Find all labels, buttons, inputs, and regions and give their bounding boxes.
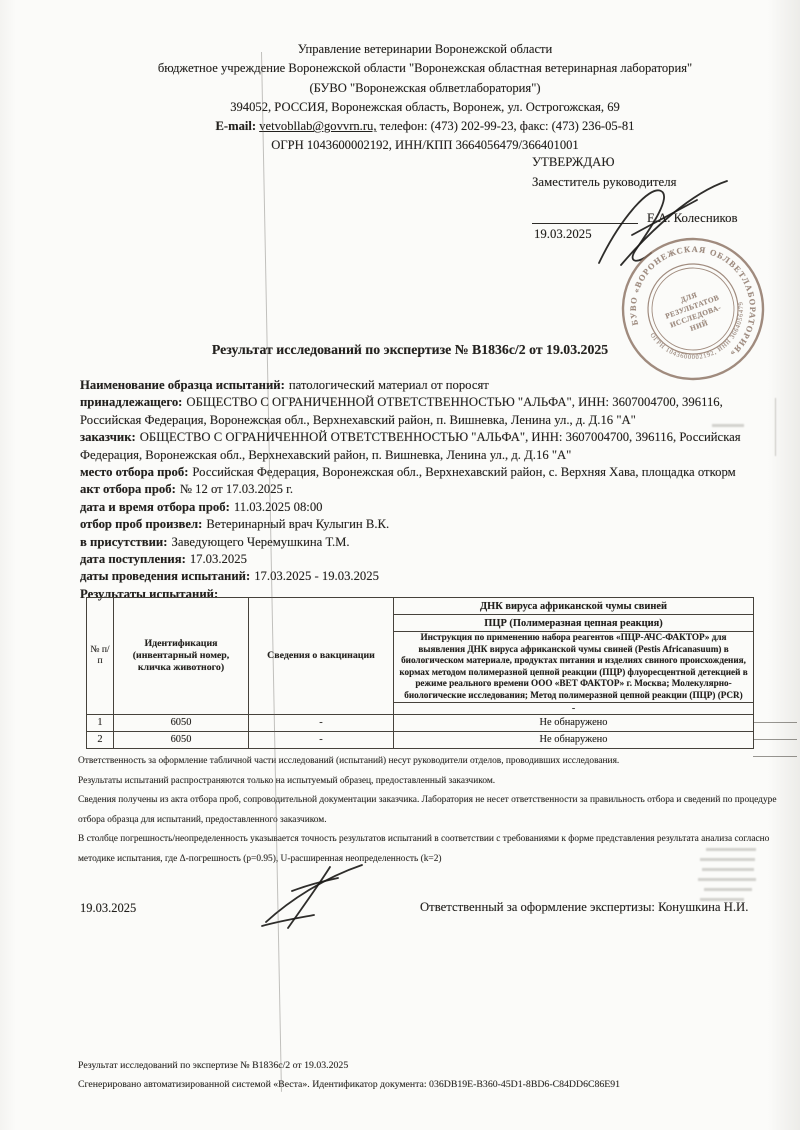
col-header-number: № п/п (87, 598, 114, 715)
results-table: № п/п Идентификация (инвентарный номер, … (86, 597, 754, 749)
responsible-signature-icon (258, 860, 376, 932)
field-sampling-place: место отбора проб:Российская Федерация, … (80, 464, 770, 481)
field-value: Ветеринарный врач Кулыгин В.К. (206, 517, 389, 531)
field-test-dates: даты проведения испытаний:17.03.2025 - 1… (80, 568, 770, 585)
org-name-line: Управление ветеринарии Воронежской облас… (45, 40, 800, 59)
col-header-method: ПЦР (Полимеразная цепная реакция) (394, 615, 754, 632)
field-sampling-act: акт отбора проб:№ 12 от 17.03.2025 г. (80, 481, 770, 498)
table-row: 1 6050 - Не обнаружено (87, 714, 754, 731)
footnote: Ответственность за оформление табличной … (78, 752, 795, 772)
field-label: Наименование образца испытаний: (80, 378, 285, 392)
row-identification: 6050 (114, 731, 249, 748)
field-value: Заведующего Черемушкина Т.М. (171, 535, 349, 549)
field-sampler: отбор проб произвел:Ветеринарный врач Ку… (80, 516, 770, 533)
field-value: 17.03.2025 (190, 552, 247, 566)
footnote: Результаты испытаний распространяются то… (78, 772, 795, 792)
scan-artifact (706, 848, 756, 851)
field-value: № 12 от 17.03.2025 г. (180, 482, 293, 496)
field-value: 17.03.2025 - 19.03.2025 (254, 569, 379, 583)
field-label: даты проведения испытаний: (80, 569, 250, 583)
org-header: Управление ветеринарии Воронежской облас… (45, 40, 800, 156)
footer-expertise-line: Результат исследований по экспертизе № В… (78, 1056, 620, 1075)
scan-artifact (698, 878, 756, 881)
col-header-analyte: ДНК вируса африканской чумы свиней (394, 598, 754, 615)
org-ogrn-line: ОГРН 1043600002192, ИНН/КПП 3664056479/3… (45, 136, 800, 155)
table-row: 2 6050 - Не обнаружено (87, 731, 754, 748)
scan-artifact (702, 868, 754, 871)
field-value: 11.03.2025 08:00 (234, 500, 323, 514)
footnotes: Ответственность за оформление табличной … (78, 752, 795, 870)
field-label: место отбора проб: (80, 465, 188, 479)
row-identification: 6050 (114, 714, 249, 731)
org-address-line: 394052, РОССИЯ, Воронежская область, Вор… (45, 98, 800, 117)
email-link: vetvobllab@govvrn.ru, (259, 119, 376, 133)
row-vaccination: - (249, 714, 394, 731)
col-header-method-detail: Инструкция по применению набора реагенто… (394, 632, 754, 703)
document-title: Результат исследований по экспертизе № В… (60, 342, 760, 358)
row-result: Не обнаружено (394, 731, 754, 748)
field-receipt-date: дата поступления:17.03.2025 (80, 551, 770, 568)
approval-date: 19.03.2025 (534, 227, 592, 242)
scan-artifact (700, 858, 755, 861)
field-witness: в присутствии:Заведующего Черемушкина Т.… (80, 534, 770, 551)
scan-artifact (753, 739, 797, 740)
responsible-person: Ответственный за оформление экспертизы: … (420, 900, 748, 915)
field-label: акт отбора проб: (80, 482, 176, 496)
org-fullname-line: бюджетное учреждение Воронежской области… (45, 59, 800, 78)
row-number: 1 (87, 714, 114, 731)
col-header-identification: Идентификация (инвентарный номер, кличка… (114, 598, 249, 715)
col-header-units: - (394, 702, 754, 714)
field-owner: принадлежащего:ОБЩЕСТВО С ОГРАНИЧЕННОЙ О… (80, 394, 770, 429)
field-label: в присутствии: (80, 535, 167, 549)
scan-artifact (712, 424, 744, 427)
signoff-date: 19.03.2025 (80, 901, 136, 916)
org-shortname-line: (БУВО "Воронежская облветлаборатория") (45, 79, 800, 98)
field-value: патологический материал от поросят (289, 378, 489, 392)
scanned-document-page: Управление ветеринарии Воронежской облас… (0, 0, 800, 1130)
field-label: дата поступления: (80, 552, 186, 566)
field-value: Российская Федерация, Воронежская обл., … (192, 465, 735, 479)
document-footer: Результат исследований по экспертизе № В… (78, 1056, 620, 1094)
row-number: 2 (87, 731, 114, 748)
row-result: Не обнаружено (394, 714, 754, 731)
field-sampling-datetime: дата и время отбора проб:11.03.2025 08:0… (80, 499, 770, 516)
col-header-vaccination: Сведения о вакцинации (249, 598, 394, 715)
field-label: принадлежащего: (80, 395, 182, 409)
scan-artifact (775, 398, 776, 456)
scan-artifact (704, 888, 752, 891)
scan-artifact (700, 898, 744, 901)
row-vaccination: - (249, 731, 394, 748)
sample-fields: Наименование образца испытаний:патологич… (80, 377, 770, 603)
footnote: В столбце погрешность/неопределенность у… (78, 830, 795, 869)
field-customer: заказчик:ОБЩЕСТВО С ОГРАНИЧЕННОЙ ОТВЕТСТ… (80, 429, 770, 464)
email-label: E-mail: (216, 119, 257, 133)
org-contacts-line: E-mail: vetvobllab@govvrn.ru, телефон: (… (45, 117, 800, 136)
footer-generated-line: Сгенерировано автоматизированной системо… (78, 1075, 620, 1094)
footnote: Сведения получены из акта отбора проб, с… (78, 791, 795, 830)
field-label: отбор проб произвел: (80, 517, 202, 531)
field-label: дата и время отбора проб: (80, 500, 230, 514)
field-label: заказчик: (80, 430, 136, 444)
field-value: ОБЩЕСТВО С ОГРАНИЧЕННОЙ ОТВЕТСТВЕННОСТЬЮ… (80, 430, 741, 461)
approval-heading: УТВЕРЖДАЮ (532, 155, 615, 170)
phone-fax-text: телефон: (473) 202-99-23, факс: (473) 23… (380, 119, 635, 133)
field-sample-name: Наименование образца испытаний:патологич… (80, 377, 770, 394)
scan-artifact (753, 722, 797, 723)
